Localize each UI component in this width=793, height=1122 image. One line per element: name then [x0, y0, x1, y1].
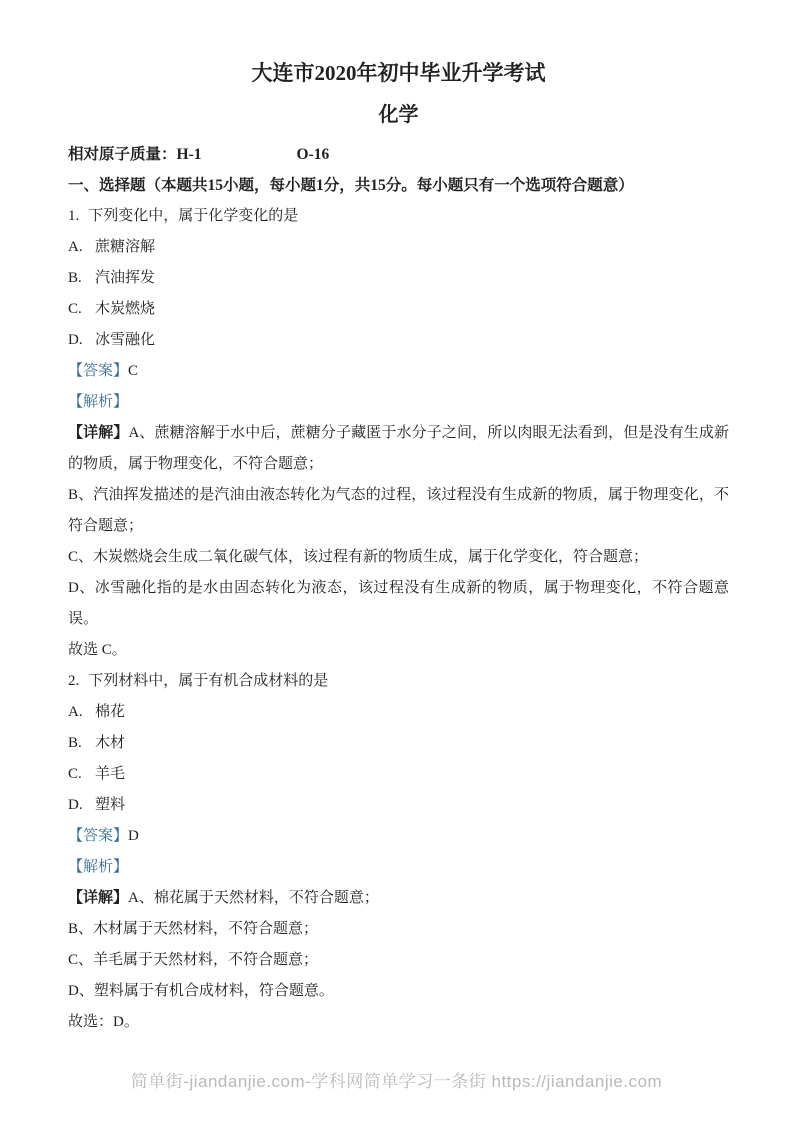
question-2-detail-a: 【详解】A、棉花属于天然材料，不符合题意；: [68, 883, 729, 914]
question-2-detail-b: B、木材属于天然材料，不符合题意；: [68, 914, 729, 945]
question-2-stem-text: 下列材料中，属于有机合成材料的是: [88, 673, 328, 689]
question-1-detail-d: D、冰雪融化指的是水由固态转化为液态，该过程没有生成新的物质，属于物理变化，不符…: [68, 573, 729, 635]
relative-atomic-mass-line: 相对原子质量：H-1O-16: [68, 139, 729, 170]
answer-value: C: [128, 363, 138, 379]
question-1-number: 1.: [68, 208, 79, 224]
relative-atomic-mass-label: 相对原子质量：: [68, 146, 177, 163]
detail-label: 【详解】: [68, 890, 128, 906]
question-2-analysis-line: 【解析】: [68, 852, 729, 883]
question-2-number: 2.: [68, 673, 79, 689]
answer-label: 【答案】: [68, 363, 128, 379]
option-label: B.: [68, 728, 85, 759]
question-1-option-d: D.冰雪融化: [68, 325, 729, 356]
detail-text: A、棉花属于天然材料，不符合题意；: [128, 890, 379, 906]
detail-text: A、蔗糖溶解于水中后，蔗糖分子藏匿于水分子之间，所以肉眼无法看到，但是没有生成新…: [68, 425, 729, 472]
question-2: 2.下列材料中，属于有机合成材料的是 A.棉花 B.木材 C.羊毛 D.塑料 【…: [68, 666, 729, 1038]
question-1-detail-a: 【详解】A、蔗糖溶解于水中后，蔗糖分子藏匿于水分子之间，所以肉眼无法看到，但是没…: [68, 418, 729, 480]
question-2-detail-c: C、羊毛属于天然材料，不符合题意；: [68, 945, 729, 976]
question-2-conclusion: 故选：D。: [68, 1007, 729, 1038]
question-2-option-b: B.木材: [68, 728, 729, 759]
answer-label: 【答案】: [68, 828, 128, 844]
question-1-option-c: C.木炭燃烧: [68, 294, 729, 325]
option-label: A.: [68, 232, 85, 263]
question-1-stem: 1.下列变化中，属于化学变化的是: [68, 201, 729, 232]
option-text: 羊毛: [95, 766, 125, 782]
subject-title: 化学: [68, 102, 729, 128]
atomic-mass-h: H-1: [177, 146, 202, 163]
question-1-option-a: A.蔗糖溶解: [68, 232, 729, 263]
option-label: B.: [68, 263, 85, 294]
analysis-label: 【解析】: [68, 394, 128, 410]
option-label: A.: [68, 697, 85, 728]
watermark-footer: 简单街-jiandanjie.com-学科网简单学习一条街 https://ji…: [0, 1067, 793, 1092]
option-text: 木炭燃烧: [95, 301, 155, 317]
answer-value: D: [128, 828, 139, 844]
question-1-detail-c: C、木炭燃烧会生成二氧化碳气体，该过程有新的物质生成，属于化学变化，符合题意；: [68, 542, 729, 573]
option-text: 木材: [95, 735, 125, 751]
atomic-mass-o: O-16: [296, 139, 329, 170]
page-title: 大连市2020年初中毕业升学考试: [68, 60, 729, 87]
option-label: C.: [68, 759, 85, 790]
question-2-option-a: A.棉花: [68, 697, 729, 728]
document-content: 大连市2020年初中毕业升学考试 化学 相对原子质量：H-1O-16 一、选择题…: [0, 0, 793, 1038]
option-text: 塑料: [95, 797, 125, 813]
question-2-detail-d: D、塑料属于有机合成材料，符合题意。: [68, 976, 729, 1007]
question-1-answer-line: 【答案】C: [68, 356, 729, 387]
question-2-option-d: D.塑料: [68, 790, 729, 821]
exam-document-page: 大连市2020年初中毕业升学考试 化学 相对原子质量：H-1O-16 一、选择题…: [0, 0, 793, 1122]
option-text: 冰雪融化: [95, 332, 155, 348]
option-label: C.: [68, 294, 85, 325]
watermark-text: 简单街-jiandanjie.com-学科网简单学习一条街 https://ji…: [131, 1072, 662, 1091]
section-heading: 一、选择题（本题共15小题，每小题1分，共15分。每小题只有一个选项符合题意）: [68, 170, 729, 201]
question-1-conclusion: 故选 C。: [68, 635, 729, 666]
option-label: D.: [68, 325, 85, 356]
option-text: 蔗糖溶解: [95, 239, 155, 255]
question-1-option-b: B.汽油挥发: [68, 263, 729, 294]
question-2-option-c: C.羊毛: [68, 759, 729, 790]
option-label: D.: [68, 790, 85, 821]
question-1-stem-text: 下列变化中，属于化学变化的是: [88, 208, 298, 224]
option-text: 棉花: [95, 704, 125, 720]
question-1-detail-b: B、汽油挥发描述的是汽油由液态转化为气态的过程，该过程没有生成新的物质，属于物理…: [68, 480, 729, 542]
question-2-stem: 2.下列材料中，属于有机合成材料的是: [68, 666, 729, 697]
analysis-label: 【解析】: [68, 859, 128, 875]
question-1: 1.下列变化中，属于化学变化的是 A.蔗糖溶解 B.汽油挥发 C.木炭燃烧 D.…: [68, 201, 729, 666]
detail-label: 【详解】: [68, 425, 128, 441]
option-text: 汽油挥发: [95, 270, 155, 286]
question-1-analysis-line: 【解析】: [68, 387, 729, 418]
question-2-answer-line: 【答案】D: [68, 821, 729, 852]
